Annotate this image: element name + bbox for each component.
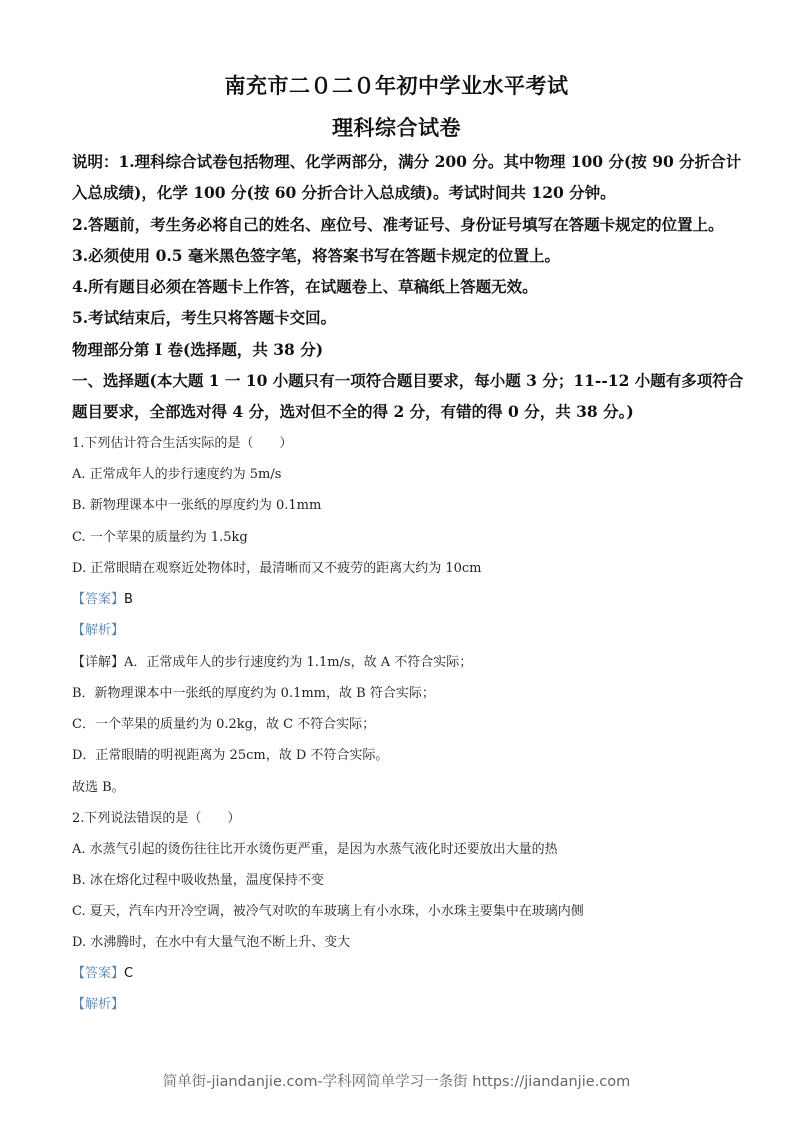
exam-page: 南充市二０二０年初中学业水平考试 理科综合试卷 说明：1.理科综合试卷包括物理、… xyxy=(0,0,793,1122)
detail-text: A．正常成年人的步行速度约为 1.1m/s，故 A 不符合实际； xyxy=(124,655,472,670)
question-2-answer: 【答案】C xyxy=(72,962,133,981)
question-1-detail-line-1: 【详解】A．正常成年人的步行速度约为 1.1m/s，故 A 不符合实际； xyxy=(72,651,472,670)
question-1-answer: 【答案】B xyxy=(72,588,133,607)
instruction-line-1: 说明：1.理科综合试卷包括物理、化学两部分，满分 200 分。其中物理 100 … xyxy=(72,150,741,172)
question-1-option-c: C. 一个苹果的质量约为 1.5kg xyxy=(72,526,248,545)
instruction-line-4: 3.必须使用 0.5 毫米黑色签字笔，将答案书写在答题卡规定的位置上。 xyxy=(72,244,560,266)
exam-title: 南充市二０二０年初中学业水平考试 xyxy=(0,70,793,100)
answer-value: C xyxy=(124,966,133,981)
analysis-label: 【解析】 xyxy=(72,623,124,638)
question-2-analysis-label: 【解析】 xyxy=(72,993,124,1012)
section-title: 物理部分第 I 卷(选择题，共 38 分) xyxy=(72,338,323,360)
detail-label: 【详解】 xyxy=(72,655,124,670)
question-1-detail-line-4: D．正常眼睛的明视距离为 25cm，故 D 不符合实际。 xyxy=(72,744,388,763)
question-2-option-b: B. 冰在熔化过程中吸收热量，温度保持不变 xyxy=(72,869,324,888)
question-1-option-a: A. 正常成年人的步行速度约为 5m/s xyxy=(72,463,281,482)
question-2-option-c: C. 夏天，汽车内开冷空调，被冷气对吹的车玻璃上有小水珠，小水珠主要集中在玻璃内… xyxy=(72,900,584,919)
question-1-detail-line-3: C．一个苹果的质量约为 0.2kg，故 C 不符合实际； xyxy=(72,713,375,732)
answer-value: B xyxy=(124,592,133,607)
analysis-label: 【解析】 xyxy=(72,997,124,1012)
exam-subtitle: 理科综合试卷 xyxy=(0,112,793,142)
section-desc-line-1: 一、选择题(本大题 1 一 10 小题只有一项符合题目要求，每小题 3 分；11… xyxy=(72,369,743,391)
question-1-option-d: D. 正常眼睛在观察近处物体时，最清晰而又不疲劳的距离大约为 10cm xyxy=(72,557,482,576)
question-1-conclusion: 故选 B。 xyxy=(72,776,125,795)
answer-label: 【答案】 xyxy=(72,592,124,607)
question-1-analysis-label: 【解析】 xyxy=(72,619,124,638)
question-2-option-d: D. 水沸腾时，在水中有大量气泡不断上升、变大 xyxy=(72,931,350,950)
instruction-line-6: 5.考试结束后，考生只将答题卡交回。 xyxy=(72,306,336,328)
question-1-detail-line-2: B．新物理课本中一张纸的厚度约为 0.1mm，故 B 符合实际； xyxy=(72,682,435,701)
question-1-option-b: B. 新物理课本中一张纸的厚度约为 0.1mm xyxy=(72,494,321,513)
section-desc-line-2: 题目要求，全部选对得 4 分，选对但不全的得 2 分，有错的得 0 分，共 38… xyxy=(72,400,634,422)
question-2-stem: 2.下列说法错误的是（ ） xyxy=(72,807,240,826)
instruction-line-5: 4.所有题目必须在答题卡上作答，在试题卷上、草稿纸上答题无效。 xyxy=(72,275,538,297)
instruction-line-2: 入总成绩)，化学 100 分(按 60 分折合计入总成绩)。考试时间共 120 … xyxy=(72,181,616,203)
instruction-line-3: 2.答题前，考生务必将自己的姓名、座位号、准考证号、身份证号填写在答题卡规定的位… xyxy=(72,213,724,235)
answer-label: 【答案】 xyxy=(72,966,124,981)
footer-watermark: 简单街-jiandanjie.com-学科网简单学习一条街 https://ji… xyxy=(0,1070,793,1091)
question-1-stem: 1.下列估计符合生活实际的是（ ） xyxy=(72,432,292,451)
question-2-option-a: A. 水蒸气引起的烫伤往往比开水烫伤更严重，是因为水蒸气液化时还要放出大量的热 xyxy=(72,838,558,857)
